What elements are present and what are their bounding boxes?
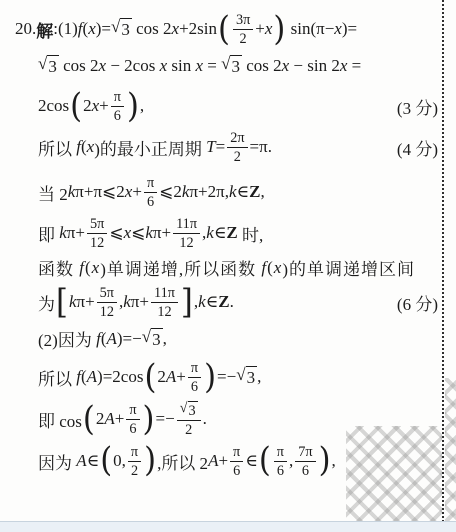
- math-token: 2: [83, 96, 92, 116]
- fraction: 11π12: [173, 216, 200, 251]
- math-token: .: [230, 292, 234, 312]
- math-token: )=: [342, 19, 357, 39]
- math-token: ∈: [206, 292, 219, 312]
- math-token: =: [203, 56, 221, 76]
- math-token: x: [160, 56, 168, 76]
- math-token: k: [182, 182, 190, 202]
- math-token: k: [59, 223, 67, 243]
- math-token: +: [218, 451, 228, 471]
- math-token: )=2cos: [97, 367, 143, 387]
- math-token: 为: [38, 290, 55, 315]
- math-token: ∈: [214, 223, 227, 243]
- math-token: 所以: [38, 365, 76, 390]
- math-token: 解: [36, 17, 53, 42]
- math-token: =−: [217, 367, 236, 387]
- math-token: ∈: [245, 451, 258, 471]
- math-token: ,: [332, 451, 336, 471]
- fraction: 5π12: [87, 216, 107, 251]
- math-token: x: [88, 19, 96, 39]
- solution-line-3: 2cos(2x+π6),(3 分): [0, 89, 456, 124]
- math-token: k: [145, 223, 153, 243]
- math-token: cos 2: [242, 56, 282, 76]
- math-token: x: [274, 258, 283, 278]
- math-token: A: [104, 409, 114, 429]
- math-token: Z: [249, 182, 260, 202]
- math-token: (: [267, 258, 274, 278]
- fraction: √32: [177, 401, 201, 438]
- fraction: π2: [128, 444, 141, 479]
- math-token: x: [125, 182, 133, 202]
- math-token: 函数: [38, 255, 79, 280]
- math-token: 2: [157, 367, 166, 387]
- big-paren: (: [99, 446, 113, 476]
- math-token: ⩽2: [159, 182, 182, 202]
- big-paren: ): [318, 446, 332, 476]
- big-paren: ): [142, 404, 156, 434]
- math-token: cos 2: [132, 19, 172, 39]
- math-token: k: [68, 182, 76, 202]
- big-paren: ): [272, 14, 286, 44]
- math-token: 即: [38, 221, 59, 246]
- math-token: π+: [131, 292, 149, 312]
- math-token: sin: [167, 56, 195, 76]
- math-token: )=−: [117, 329, 142, 349]
- math-token: π+: [76, 292, 94, 312]
- math-token: Z: [226, 223, 237, 243]
- math-token: +: [115, 409, 125, 429]
- solution-page: 20.解:(1)f(x)=√3 cos 2x+2sin(3π2+x) sin(π…: [0, 0, 456, 532]
- math-token: x: [265, 19, 273, 39]
- radical: √3: [221, 55, 242, 77]
- math-token: 20.: [15, 19, 36, 39]
- math-token: ⩽: [131, 223, 145, 243]
- solution-line-6: 即 kπ+5π12⩽x⩽kπ+11π12,k∈Z 时,: [0, 216, 456, 251]
- solution-line-10: 所以 f(A)=2cos(2A+π6)=−√3,: [0, 360, 456, 395]
- math-token: sin(π−: [286, 19, 334, 39]
- solution-line-2: √3 cos 2x − 2cos x sin x = √3 cos 2x − s…: [0, 53, 456, 79]
- math-token: 因为: [38, 449, 76, 474]
- math-token: − 2cos: [106, 56, 160, 76]
- solution-line-12: 因为 A∈(0,π2),所以 2A+π6∈(π6,7π6),: [0, 444, 456, 479]
- solution-text: 20.解:(1)f(x)=√3 cos 2x+2sin(3π2+x) sin(π…: [0, 0, 456, 479]
- math-token: x: [92, 258, 101, 278]
- math-token: k: [206, 223, 214, 243]
- math-token: x: [195, 56, 203, 76]
- solution-line-11: 即 cos(2A+π6)=−√32.: [0, 401, 456, 438]
- math-token: A: [76, 451, 86, 471]
- math-token: 所以: [38, 135, 76, 160]
- math-token: x: [92, 96, 100, 116]
- fraction: 11π12: [151, 285, 178, 320]
- big-paren: ): [143, 446, 157, 476]
- fraction: 5π12: [97, 285, 117, 320]
- math-token: =π.: [250, 137, 272, 157]
- math-token: 0,: [113, 451, 126, 471]
- radical: √3: [111, 18, 132, 40]
- math-token: 当 2: [38, 180, 68, 205]
- math-token: ∈: [87, 451, 100, 471]
- big-paren: (: [69, 91, 83, 121]
- score-mark: (6 分): [389, 290, 438, 315]
- math-token: =: [216, 137, 226, 157]
- math-token: x: [334, 19, 342, 39]
- solution-line-8: 为[kπ+5π12,kπ+11π12],k∈Z.(6 分): [0, 285, 456, 320]
- math-token: π+π⩽2: [75, 182, 125, 202]
- math-token: )的最小正周期: [94, 135, 206, 160]
- fraction: π6: [144, 175, 157, 210]
- math-token: ,所以 2: [157, 449, 208, 474]
- big-paren: (: [143, 362, 157, 392]
- big-paren: (: [82, 404, 96, 434]
- math-token: ⩽: [109, 223, 123, 243]
- math-token: 2cos: [38, 96, 69, 116]
- math-token: =−: [155, 409, 174, 429]
- math-token: T: [206, 137, 215, 157]
- math-token: A: [87, 367, 97, 387]
- fraction: π6: [188, 360, 201, 395]
- math-token: A: [106, 329, 116, 349]
- math-token: x: [87, 137, 95, 157]
- math-token: Z: [218, 292, 229, 312]
- math-token: x: [124, 223, 132, 243]
- fraction: π6: [230, 444, 243, 479]
- math-token: π+: [153, 223, 171, 243]
- math-token: :(1): [53, 19, 78, 39]
- solution-line-4: 所以 f(x)的最小正周期 T=2π2=π.(4 分): [0, 130, 456, 165]
- math-token: ,: [163, 329, 167, 349]
- math-token: ,: [140, 96, 144, 116]
- big-paren: ): [126, 91, 140, 121]
- math-token: ,: [260, 182, 264, 202]
- solution-line-9: (2)因为 f(A)=−√3,: [0, 326, 456, 352]
- math-token: .: [203, 409, 207, 429]
- math-token: 时,: [238, 221, 264, 246]
- math-token: +: [176, 367, 186, 387]
- score-mark: (4 分): [389, 135, 438, 160]
- fraction: π6: [126, 402, 139, 437]
- math-token: +: [132, 182, 142, 202]
- math-token: +: [255, 19, 265, 39]
- math-token: (: [85, 258, 92, 278]
- math-token: x: [282, 56, 290, 76]
- big-paren: (: [258, 446, 272, 476]
- fraction: 3π2: [233, 12, 253, 47]
- radical: √3: [236, 366, 257, 388]
- math-token: k: [229, 182, 237, 202]
- big-bracket: [: [55, 287, 69, 317]
- radical: √3: [38, 55, 59, 77]
- math-token: +2sin: [179, 19, 217, 39]
- radical: √3: [180, 401, 198, 419]
- fraction: 2π2: [227, 130, 247, 165]
- math-token: k: [69, 292, 77, 312]
- fraction: 7π6: [295, 444, 315, 479]
- radical: √3: [142, 328, 163, 350]
- bottom-page-band: [0, 521, 456, 532]
- math-token: π+: [67, 223, 85, 243]
- math-token: =: [347, 56, 361, 76]
- math-token: ,: [257, 367, 261, 387]
- math-token: 即 cos: [38, 407, 82, 432]
- math-token: k: [198, 292, 206, 312]
- math-token: x: [172, 19, 180, 39]
- math-token: x: [99, 56, 107, 76]
- solution-line-7: 函数 f(x)单调递增,所以函数 f(x)的单调递增区间: [0, 255, 456, 281]
- solution-line-5: 当 2kπ+π⩽2x+π6⩽2kπ+2π,k∈Z,: [0, 175, 456, 210]
- fraction: π6: [111, 89, 124, 124]
- math-token: x: [340, 56, 348, 76]
- math-token: k: [123, 292, 131, 312]
- fraction: π6: [274, 444, 287, 479]
- big-paren: ): [203, 362, 217, 392]
- math-token: π+2π,: [189, 182, 229, 202]
- big-bracket: ]: [180, 287, 194, 317]
- math-token: cos 2: [59, 56, 99, 76]
- math-token: − sin 2: [289, 56, 340, 76]
- page-divider-dotted-line: [442, 0, 444, 522]
- math-token: A: [166, 367, 176, 387]
- math-token: )单调递增,所以函数: [100, 255, 261, 280]
- math-token: )的单调递增区间: [282, 255, 415, 280]
- math-token: ,: [289, 451, 293, 471]
- solution-line-1: 20.解:(1)f(x)=√3 cos 2x+2sin(3π2+x) sin(π…: [0, 12, 456, 47]
- score-mark: (3 分): [389, 94, 438, 119]
- math-token: A: [208, 451, 218, 471]
- math-token: ∈: [237, 182, 250, 202]
- math-token: (2)因为: [38, 326, 96, 351]
- math-token: )=: [96, 19, 111, 39]
- big-paren: (: [217, 14, 231, 44]
- math-token: +: [99, 96, 109, 116]
